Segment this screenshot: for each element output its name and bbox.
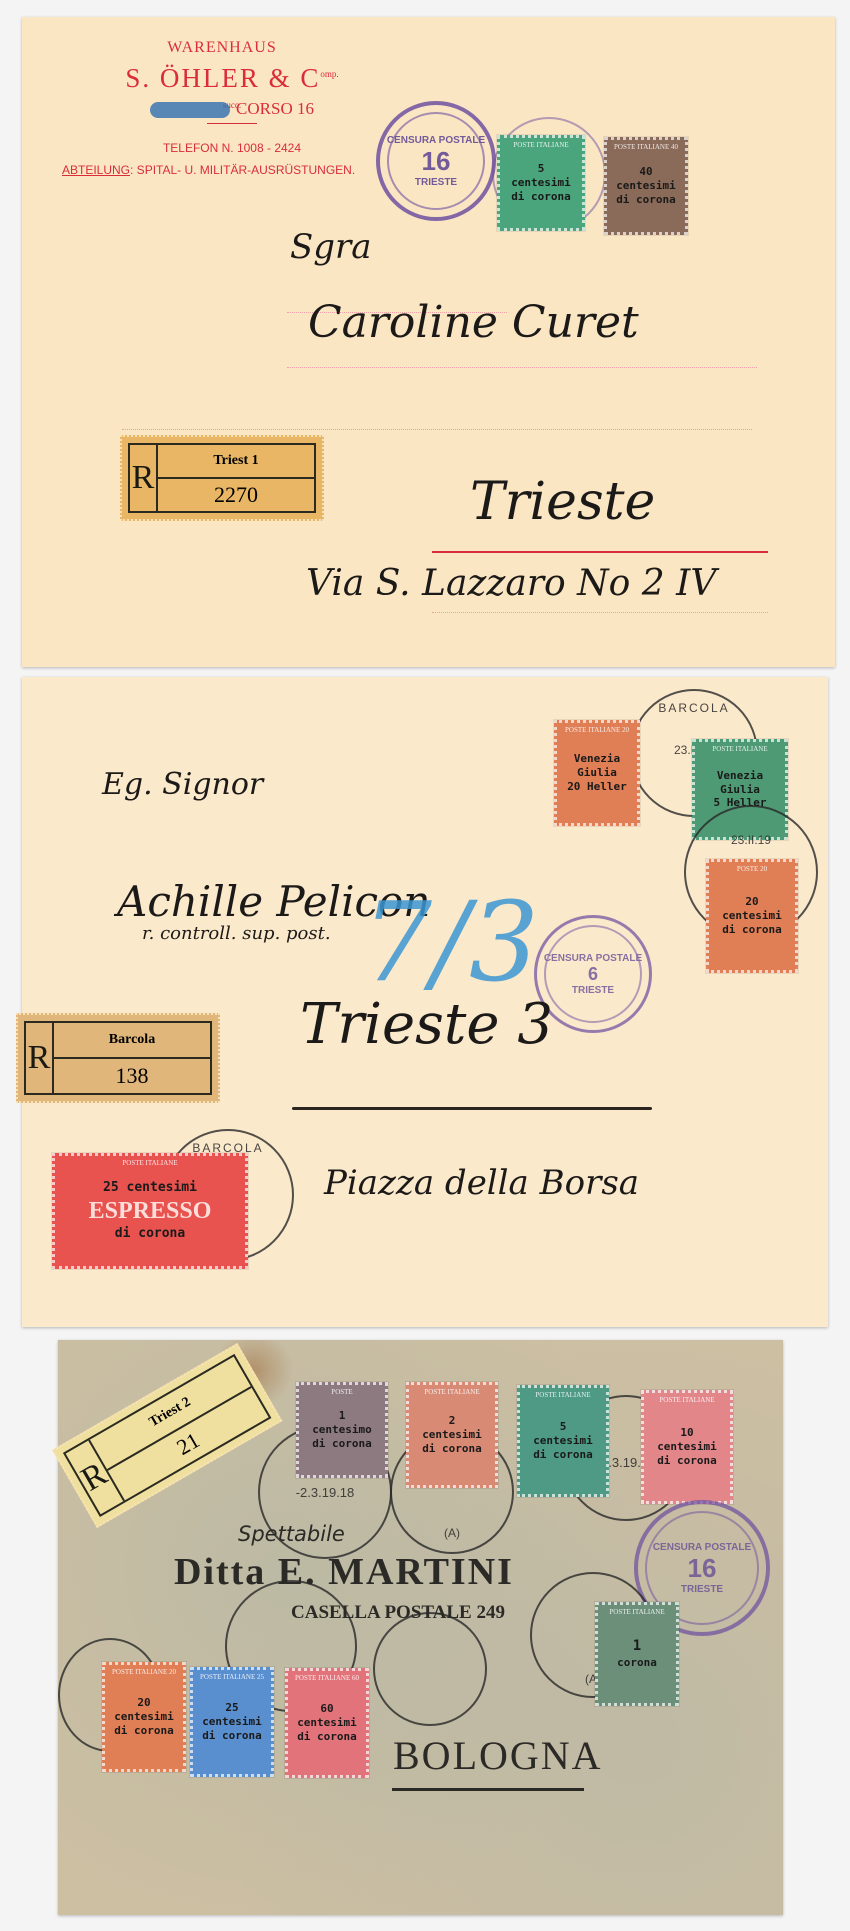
- registration-label: R Triest 221: [52, 1343, 282, 1528]
- city-underline: [292, 1107, 652, 1110]
- salutation: Eg. Signor: [102, 767, 263, 802]
- blue-crayon-mark: 7/3: [362, 887, 539, 997]
- addressee-name: Caroline Curet: [308, 297, 639, 348]
- address-city: Trieste: [470, 472, 655, 532]
- cover-1-envelope: WARENHAUS S. ÖHLER & Comp.succ. CORSO 16…: [22, 17, 835, 667]
- censor-mark: CENSURA POSTALE 16 TRIESTE: [376, 101, 496, 221]
- stamp-2c: POSTE ITALIANE 2centesimidi corona: [406, 1382, 498, 1488]
- city-underline: [432, 551, 768, 553]
- stamp-5c: POSTE ITALIANE 5centesimidi corona: [517, 1385, 609, 1497]
- stamp-20c: POSTE ITALIANE 20 20centesimidi corona: [102, 1662, 186, 1772]
- stamp-40c: POSTE ITALIANE 40 40centesimidi corona: [604, 137, 688, 235]
- ruled-line: [432, 612, 768, 613]
- stamp-10c: POSTE ITALIANE 10centesimidi corona: [641, 1390, 733, 1504]
- stamp-1-corona: POSTE ITALIANE 1corona: [595, 1602, 679, 1706]
- stamp-1c: POSTE 1centesimodi corona: [296, 1382, 388, 1478]
- ink-blot: [150, 102, 230, 118]
- divider: [207, 123, 257, 124]
- stamp-60c: POSTE ITALIANE 60 60centesimidi corona: [285, 1668, 369, 1778]
- stamp-25c: POSTE ITALIANE 25 25centesimidi corona: [190, 1667, 274, 1777]
- salutation: Sgra: [290, 227, 372, 267]
- address-street: Piazza della Borsa: [324, 1163, 639, 1203]
- addressee-note: r. controll. sup. post.: [142, 923, 331, 944]
- letterhead-address: CORSO 16: [92, 99, 372, 119]
- address-street: Via S. Lazzaro No 2 IV: [306, 563, 716, 604]
- cover-2-envelope: BARCOLA 23.II.19 POSTE ITALIANE 20 Venez…: [22, 677, 828, 1327]
- city-underline: [392, 1788, 584, 1791]
- printed-firm: Ditta E. MARTINI: [174, 1550, 514, 1594]
- stamp-5c: POSTE ITALIANE 5centesimidi corona: [497, 135, 585, 231]
- postmark-trieste: [373, 1612, 487, 1726]
- printed-greeting: Spettabile: [238, 1522, 345, 1546]
- ruled-line: [287, 367, 757, 368]
- registration-label: R Barcola138: [16, 1013, 220, 1103]
- stamp-20-heller: POSTE ITALIANE 20 VeneziaGiulia20 Heller: [554, 720, 640, 826]
- registration-label: R Triest 12270: [120, 435, 324, 521]
- cover-3-envelope: R Triest 221 -2.3.19.18 (A) -2.3.19.18 P…: [58, 1340, 783, 1915]
- letterhead-phone: TELEFON N. 1008 - 2424: [92, 141, 372, 155]
- address-city: Trieste 3: [300, 992, 553, 1057]
- company-name: S. ÖHLER & C: [125, 63, 320, 93]
- stamp-20c: POSTE 20 20centesimidi corona: [706, 859, 798, 973]
- stamp-espresso-25c: POSTE ITALIANE 25 centesimi ESPRESSO di …: [52, 1153, 248, 1269]
- letterhead-line1: WARENHAUS: [132, 39, 312, 57]
- printed-city: BOLOGNA: [393, 1732, 603, 1779]
- ruled-line: [122, 429, 752, 430]
